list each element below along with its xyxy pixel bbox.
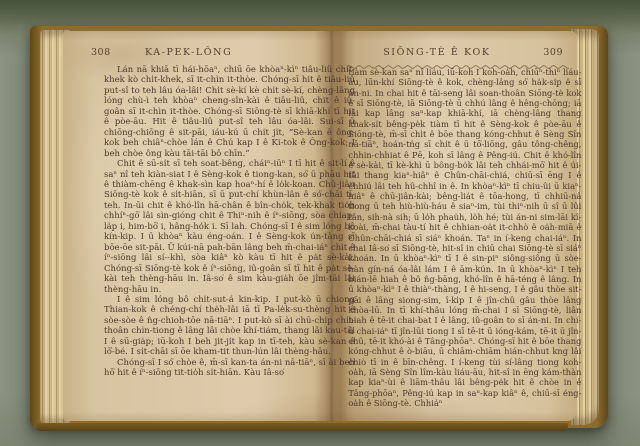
paragraph: tiàm sè-kan saⁿ nî liáu, iū-koh I koh-oa… — [348, 67, 581, 408]
paragraph: Chit ê sū-si̍t sī teh soat-bêng, cháiⁿ-i… — [104, 159, 355, 295]
right-page: SIŌNG-TÈ Ê KOK 309 tiàm sè-kan saⁿ nî li… — [335, 31, 577, 421]
paragraph: I ê sim lóng bô chi̍t-sut-á kin-kip. I p… — [104, 295, 355, 358]
right-running-head: SIŌNG-TÈ Ê KOK 309 — [335, 47, 577, 61]
left-page: 308 KA-PEK-LÔNG Lán nā khiā tī hái-hōaⁿ,… — [63, 31, 330, 421]
right-running-title: SIŌNG-TÈ Ê KOK — [383, 47, 490, 58]
paragraph: Lán nā khiā tī hái-hōaⁿ, chiū ōe khòaⁿ-k… — [104, 65, 355, 159]
left-page-text: Lán nā khiā tī hái-hōaⁿ, chiū ōe khòaⁿ-k… — [104, 65, 355, 379]
book-bottom-lip — [36, 423, 568, 431]
left-running-head: 308 KA-PEK-LÔNG — [63, 47, 330, 61]
right-page-text: tiàm sè-kan saⁿ nî liáu, iū-koh I koh-oa… — [348, 67, 581, 408]
paragraph: Chóng-sī I só͘ chòe ê, m̄-sī kan-ta án-n… — [104, 358, 355, 379]
left-running-title: KA-PEK-LÔNG — [145, 47, 232, 58]
right-page-number: 309 — [543, 47, 563, 58]
left-page-number: 308 — [91, 47, 111, 58]
open-book: 308 KA-PEK-LÔNG Lán nā khiā tī hái-hōaⁿ,… — [30, 26, 608, 428]
paper-spread: 308 KA-PEK-LÔNG Lán nā khiā tī hái-hōaⁿ,… — [63, 31, 577, 421]
